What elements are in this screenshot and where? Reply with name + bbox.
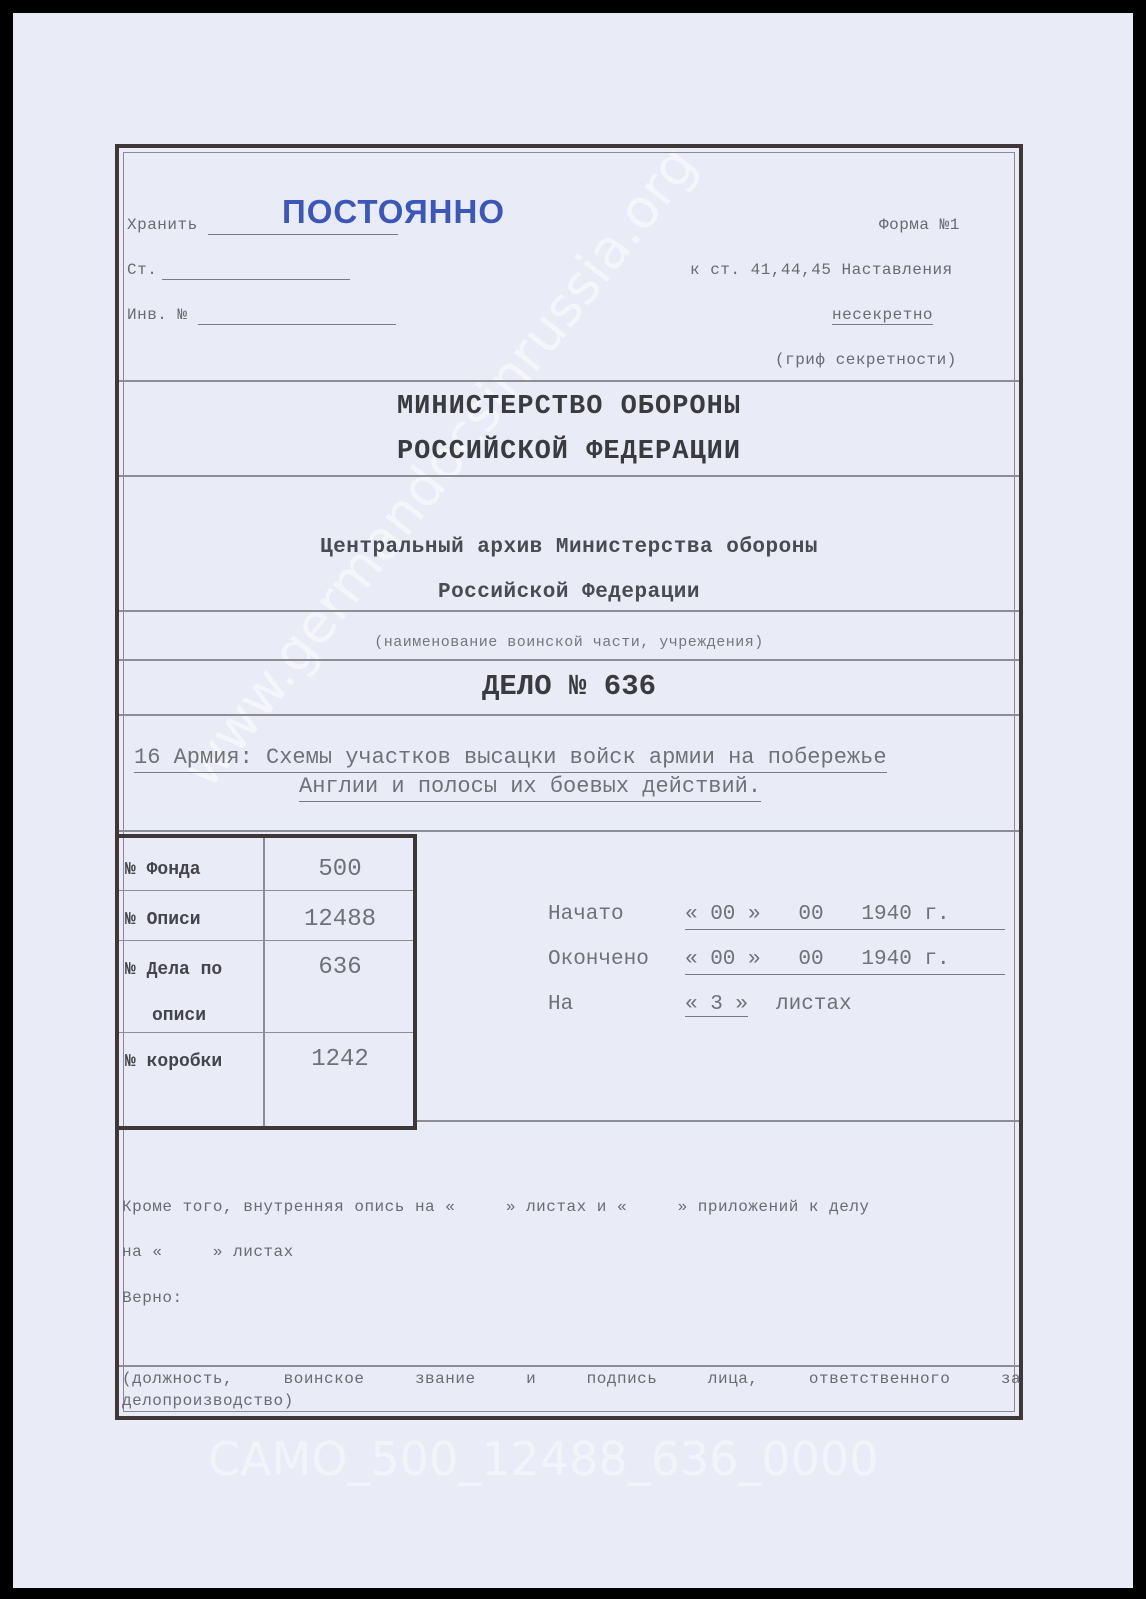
table-row: № Описи 12488 bbox=[119, 890, 413, 941]
case-number: ДЕЛО № 636 bbox=[119, 670, 1019, 703]
keep-label: Хранить bbox=[127, 216, 198, 234]
divider bbox=[119, 830, 1019, 832]
sheets-suffix: листах bbox=[776, 993, 852, 1016]
sheets-value: « 3 » bbox=[685, 993, 748, 1017]
inv-label: Инв. № bbox=[127, 306, 188, 324]
archive-info-table: № Фонда 500 № Описи 12488 № Дела по опис… bbox=[115, 834, 417, 1130]
verified-label: Верно: bbox=[122, 1289, 183, 1307]
inventory-line: Кроме того, внутренняя опись на « » лист… bbox=[122, 1198, 870, 1216]
st-underline bbox=[162, 279, 350, 280]
signature-caption-2: делопроизводство) bbox=[122, 1392, 294, 1410]
started-label: Начато bbox=[548, 903, 624, 926]
sheets-line: на « » листах bbox=[122, 1243, 294, 1261]
finished-value: « 00 » 00 1940 г. bbox=[685, 948, 950, 971]
ministry-line-1: МИНИСТЕРСТВО ОБОРОНЫ bbox=[119, 392, 1019, 422]
table-row: № Фонда 500 bbox=[119, 838, 413, 891]
divider bbox=[119, 714, 1019, 716]
finished-label: Окончено bbox=[548, 948, 649, 971]
case-title-line-2: Англии и полосы их боевых действий. bbox=[299, 773, 761, 802]
archive-caption: (наименование воинской части, учреждения… bbox=[119, 634, 1019, 651]
classification-caption: (гриф секретности) bbox=[775, 351, 957, 369]
archive-line-1: Центральный архив Министерства обороны bbox=[119, 536, 1019, 559]
table-row: № Дела по описи 636 bbox=[119, 940, 413, 1033]
signature-caption-1: (должность, воинское звание и подпись ли… bbox=[122, 1370, 1021, 1388]
divider bbox=[119, 475, 1019, 477]
permanent-stamp: ПОСТОЯННО bbox=[282, 193, 505, 231]
archive-line-2: Российской Федерации bbox=[119, 581, 1019, 604]
classification: несекретно bbox=[832, 306, 933, 325]
ministry-line-2: РОССИЙСКОЙ ФЕДЕРАЦИИ bbox=[119, 437, 1019, 467]
divider bbox=[119, 610, 1019, 612]
divider bbox=[417, 1120, 1019, 1122]
st-label: Ст. bbox=[127, 261, 157, 279]
file-id-watermark: CAMO_500_12488_636_0000 bbox=[208, 1432, 878, 1486]
form-number: Форма №1 bbox=[879, 216, 960, 234]
divider bbox=[119, 1365, 1019, 1367]
divider bbox=[119, 659, 1019, 661]
sheets-label: На bbox=[548, 993, 573, 1016]
keep-underline bbox=[208, 234, 398, 235]
case-title-line-1: 16 Армия: Схемы участков высацки войск а… bbox=[134, 744, 887, 773]
divider bbox=[119, 380, 1019, 382]
form-reference: к ст. 41,44,45 Наставления bbox=[690, 261, 953, 279]
inv-underline bbox=[198, 324, 396, 325]
started-value: « 00 » 00 1940 г. bbox=[685, 903, 950, 926]
